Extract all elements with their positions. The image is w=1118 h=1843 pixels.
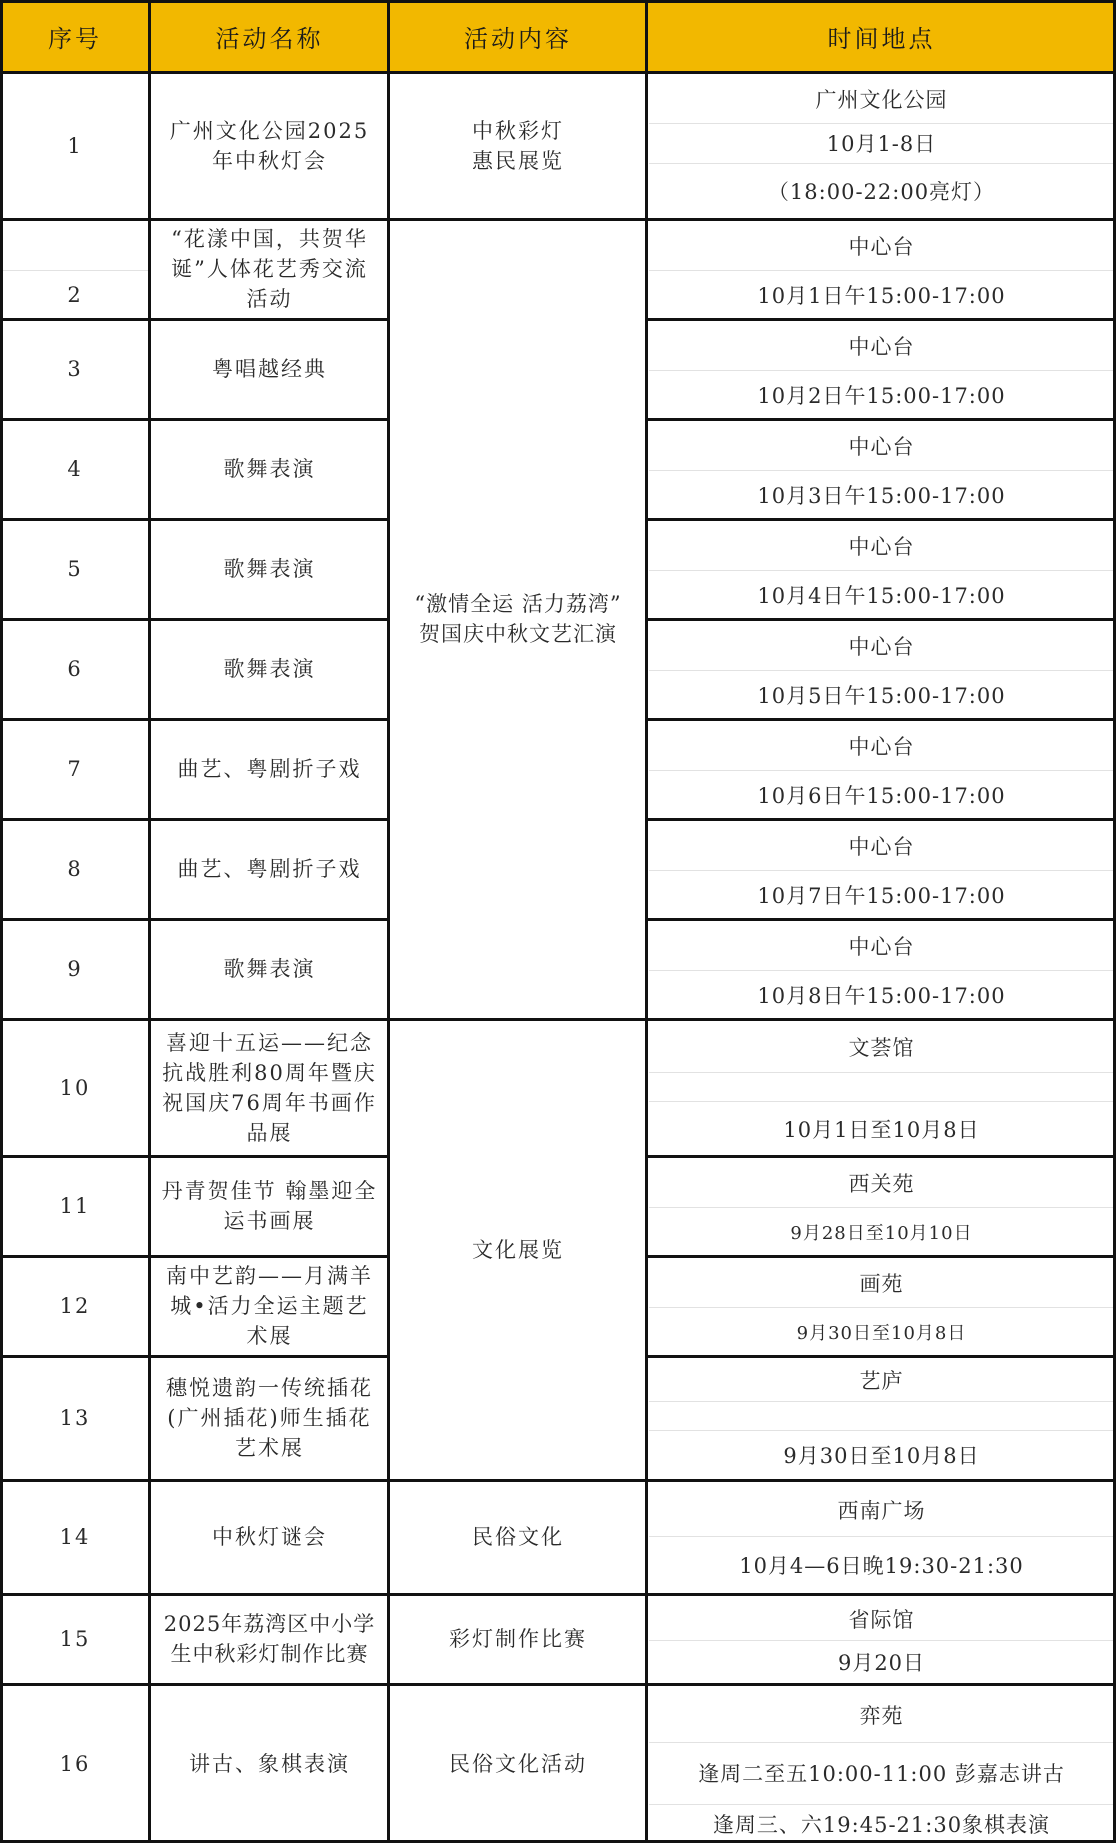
subline	[649, 1640, 1114, 1641]
date-time: 9月30日至10月8日	[647, 1430, 1116, 1480]
subline	[0, 270, 148, 271]
subline	[649, 870, 1114, 871]
subline	[649, 1401, 1114, 1402]
subline	[649, 370, 1114, 371]
venue: 中心台	[647, 422, 1116, 469]
activity-content-line: “激情全运 活力荔湾”	[414, 589, 621, 619]
activity-name: 歌舞表演	[150, 419, 389, 519]
border	[0, 1355, 390, 1358]
date-time: 10月3日午15:00-17:00	[647, 470, 1116, 519]
subline	[649, 1307, 1114, 1308]
venue: 中心台	[647, 622, 1116, 669]
border	[645, 0, 648, 1843]
header-activity-name: 活动名称	[150, 0, 389, 72]
subline	[649, 570, 1114, 571]
subline	[649, 970, 1114, 971]
row-index: 16	[0, 1684, 150, 1843]
border	[148, 0, 151, 1843]
subline	[649, 1804, 1114, 1805]
border	[645, 518, 1116, 521]
activity-content: 民俗文化活动	[389, 1684, 647, 1843]
subline	[649, 670, 1114, 671]
border	[645, 918, 1116, 921]
venue: 中心台	[647, 222, 1116, 270]
border	[0, 918, 390, 921]
activity-name: “花漾中国，共贺华诞”人体花艺秀交流活动	[150, 219, 389, 319]
row-index: 6	[0, 619, 150, 719]
border	[0, 1593, 1116, 1596]
activity-content: 中秋彩灯 惠民展览	[389, 72, 647, 219]
border	[0, 1255, 390, 1258]
date-time: 9月30日至10月8日	[647, 1307, 1116, 1356]
date-time: 10月6日午15:00-17:00	[647, 770, 1116, 819]
date-time	[647, 1401, 1116, 1430]
venue: 中心台	[647, 322, 1116, 369]
row-index: 11	[0, 1156, 150, 1256]
border	[0, 518, 390, 521]
date-time: 10月2日午15:00-17:00	[647, 370, 1116, 419]
activity-content: 彩灯制作比赛	[389, 1594, 647, 1684]
border	[645, 1255, 1116, 1258]
subline	[649, 1536, 1114, 1537]
row-index: 15	[0, 1594, 150, 1684]
venue: 文荟馆	[647, 1022, 1116, 1072]
border	[0, 1683, 1116, 1686]
border	[0, 618, 390, 621]
row-index: 12	[0, 1256, 150, 1356]
activity-name: 穗悦遗韵一传统插花(广州插花)师生插花艺术展	[150, 1356, 389, 1480]
venue: 西关苑	[647, 1159, 1116, 1207]
row-index: 14	[0, 1480, 150, 1594]
venue: 西南广场	[647, 1483, 1116, 1536]
activity-name: 2025年荔湾区中小学生中秋彩灯制作比赛	[150, 1594, 389, 1684]
row-index: 13	[0, 1356, 150, 1480]
activity-schedule-table: 序号 活动名称 活动内容 时间地点 1 2 3 4 5 6 7 8 9 10 1…	[0, 0, 1116, 1843]
border	[0, 1018, 1116, 1021]
venue: 中心台	[647, 822, 1116, 869]
border	[645, 818, 1116, 821]
activity-name: 粤唱越经典	[150, 319, 389, 419]
border	[645, 318, 1116, 321]
activity-name: 中秋灯谜会	[150, 1480, 389, 1594]
row-index: 8	[0, 819, 150, 919]
activity-name: 广州文化公园2025年中秋灯会	[150, 72, 389, 219]
date-time: 逢周二至五10:00-11:00 彭嘉志讲古	[647, 1742, 1116, 1804]
activity-name: 歌舞表演	[150, 519, 389, 619]
date-time: 逢周三、六19:45-21:30象棋表演	[647, 1804, 1116, 1843]
header-activity-content: 活动内容	[389, 0, 647, 72]
activity-content-line: 惠民展览	[472, 146, 564, 176]
border	[645, 718, 1116, 721]
border	[0, 818, 390, 821]
row-index: 2	[0, 270, 150, 319]
venue: 广州文化公园	[647, 75, 1116, 123]
border	[387, 0, 390, 1843]
activity-content: 民俗文化	[389, 1480, 647, 1594]
row-index: 4	[0, 419, 150, 519]
row-index: 5	[0, 519, 150, 619]
date-time	[647, 1072, 1116, 1101]
activity-content: 文化展览	[389, 1019, 647, 1480]
activity-content-line: 中秋彩灯	[472, 116, 564, 146]
subline	[649, 163, 1114, 164]
activity-name: 曲艺、粤剧折子戏	[150, 819, 389, 919]
venue: 画苑	[647, 1259, 1116, 1307]
activity-content-line: 贺国庆中秋文艺汇演	[419, 619, 617, 649]
activity-name: 喜迎十五运——纪念抗战胜利80周年暨庆祝国庆76周年书画作品展	[150, 1019, 389, 1156]
row-index: 9	[0, 919, 150, 1019]
border	[0, 718, 390, 721]
row-index: 3	[0, 319, 150, 419]
venue: 省际馆	[647, 1597, 1116, 1640]
activity-name: 南中艺韵——月满羊城•活力全运主题艺术展	[150, 1256, 389, 1356]
date-time: 10月1-8日	[647, 123, 1116, 163]
border	[1113, 0, 1116, 1843]
header-time-place: 时间地点	[647, 0, 1116, 72]
border	[0, 318, 390, 321]
venue: 弈苑	[647, 1687, 1116, 1742]
date-time: 9月28日至10月10日	[647, 1207, 1116, 1256]
activity-content: “激情全运 活力荔湾” 贺国庆中秋文艺汇演	[389, 219, 647, 1019]
subline	[649, 1430, 1114, 1431]
activity-name: 歌舞表演	[150, 919, 389, 1019]
border	[645, 1355, 1116, 1358]
row-index: 10	[0, 1019, 150, 1156]
border	[645, 418, 1116, 421]
venue: 中心台	[647, 722, 1116, 769]
date-time: 10月1日午15:00-17:00	[647, 270, 1116, 319]
border	[0, 418, 390, 421]
header-index: 序号	[0, 0, 150, 72]
border	[0, 1155, 390, 1158]
venue: 中心台	[647, 522, 1116, 569]
activity-name: 曲艺、粤剧折子戏	[150, 719, 389, 819]
venue: 艺庐	[647, 1359, 1116, 1401]
subline	[649, 770, 1114, 771]
border	[0, 0, 3, 1843]
date-time: 10月4日午15:00-17:00	[647, 570, 1116, 619]
border	[645, 1155, 1116, 1158]
border	[0, 0, 1116, 3]
date-time: 10月1日至10月8日	[647, 1101, 1116, 1156]
date-time: 9月20日	[647, 1640, 1116, 1684]
subline	[649, 470, 1114, 471]
row-index: 7	[0, 719, 150, 819]
venue: 中心台	[647, 922, 1116, 969]
activity-name: 丹青贺佳节 翰墨迎全运书画展	[150, 1156, 389, 1256]
date-time: 10月4—6日晚19:30-21:30	[647, 1536, 1116, 1594]
subline	[649, 123, 1114, 124]
row-index: 1	[0, 72, 150, 219]
subline	[649, 1072, 1114, 1073]
subline	[649, 1742, 1114, 1743]
border	[645, 618, 1116, 621]
subline	[649, 1101, 1114, 1102]
date-time: 10月5日午15:00-17:00	[647, 670, 1116, 719]
date-time: （18:00-22:00亮灯）	[647, 163, 1116, 219]
border	[0, 1479, 1116, 1482]
border	[0, 71, 1116, 74]
subline	[649, 270, 1114, 271]
date-time: 10月7日午15:00-17:00	[647, 870, 1116, 919]
date-time: 10月8日午15:00-17:00	[647, 970, 1116, 1019]
subline	[649, 1207, 1114, 1208]
activity-name: 讲古、象棋表演	[150, 1684, 389, 1843]
activity-name: 歌舞表演	[150, 619, 389, 719]
border	[0, 218, 1116, 221]
